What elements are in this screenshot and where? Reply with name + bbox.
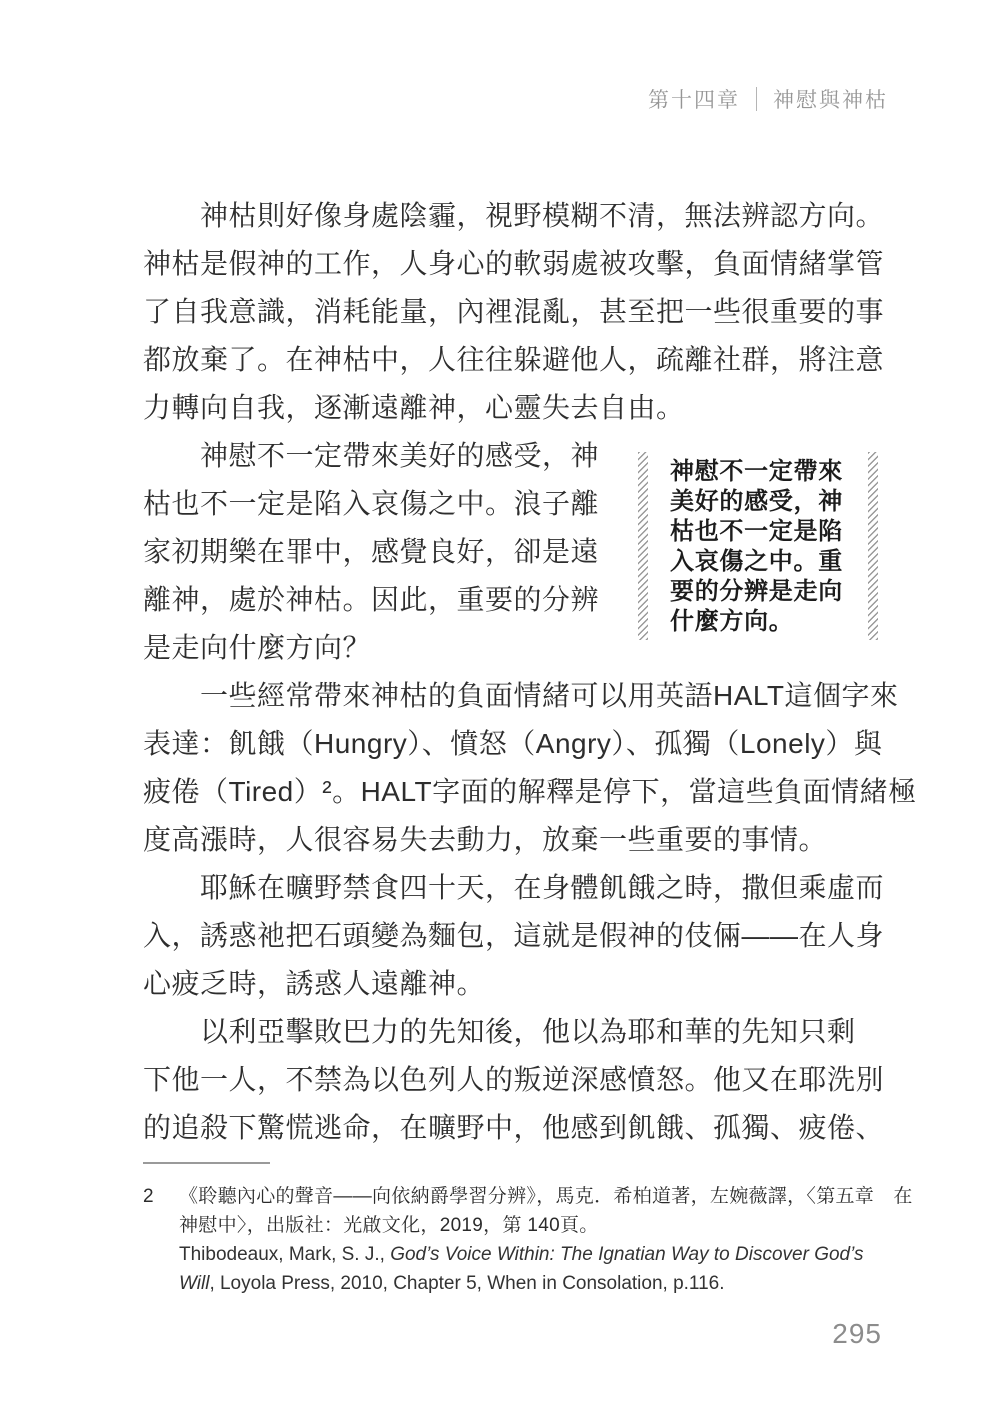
footnote: 2 《聆聽內心的聲音——向依納爵學習分辨》，馬克．希柏道著，左婉薇譯，〈第五章 …	[143, 1182, 903, 1298]
footnote-english: Thibodeaux, Mark, S. J., God’s Voice Wit…	[179, 1240, 894, 1298]
header-divider	[756, 87, 757, 111]
page-number: 295	[832, 1318, 882, 1350]
footnote-number: 2	[143, 1182, 179, 1298]
footnote-divider	[143, 1162, 270, 1164]
hatch-bar-right-icon	[868, 452, 878, 640]
footnote-content: 《聆聽內心的聲音——向依納爵學習分辨》，馬克．希柏道著，左婉薇譯，〈第五章 在 …	[179, 1182, 913, 1298]
body-paragraph-5: 以利亞擊敗巴力的先知後，他以為耶和華的先知只剩 下他一人，不禁為以色列人的叛逆深…	[143, 1008, 923, 1152]
pullquote: 神慰不一定帶來 美好的感受，神 枯也不一定是陷 入哀傷之中。重 要的分辨是走向 …	[638, 452, 878, 640]
hatch-bar-left-icon	[638, 452, 648, 640]
body-paragraph-3: 一些經常帶來神枯的負面情緒可以用英語HALT這個字來 表達：飢餓（Hungry）…	[143, 672, 923, 864]
book-page: 第十四章 神慰與神枯 神枯則好像身處陰霾，視野模糊不清，無法辨認方向。 神枯是假…	[0, 0, 1000, 1404]
pullquote-text: 神慰不一定帶來 美好的感受，神 枯也不一定是陷 入哀傷之中。重 要的分辨是走向 …	[670, 457, 843, 637]
page-header: 第十四章 神慰與神枯	[648, 84, 888, 114]
body-paragraph-4: 耶穌在曠野禁食四十天，在身體飢餓之時，撒但乘虛而 入，誘惑祂把石頭變為麵包，這就…	[143, 864, 923, 1008]
chapter-label: 第十四章	[648, 84, 740, 114]
footnote-english-prefix: Thibodeaux, Mark, S. J.,	[179, 1244, 390, 1265]
footnote-chinese: 《聆聽內心的聲音——向依納爵學習分辨》，馬克．希柏道著，左婉薇譯，〈第五章 在 …	[179, 1182, 913, 1240]
body-paragraph-1: 神枯則好像身處陰霾，視野模糊不清，無法辨認方向。 神枯是假神的工作，人身心的軟弱…	[143, 192, 923, 432]
chapter-title: 神慰與神枯	[773, 84, 888, 114]
footnote-english-suffix: , Loyola Press, 2010, Chapter 5, When in…	[209, 1273, 724, 1294]
body-text: 神枯則好像身處陰霾，視野模糊不清，無法辨認方向。 神枯是假神的工作，人身心的軟弱…	[143, 192, 923, 1152]
